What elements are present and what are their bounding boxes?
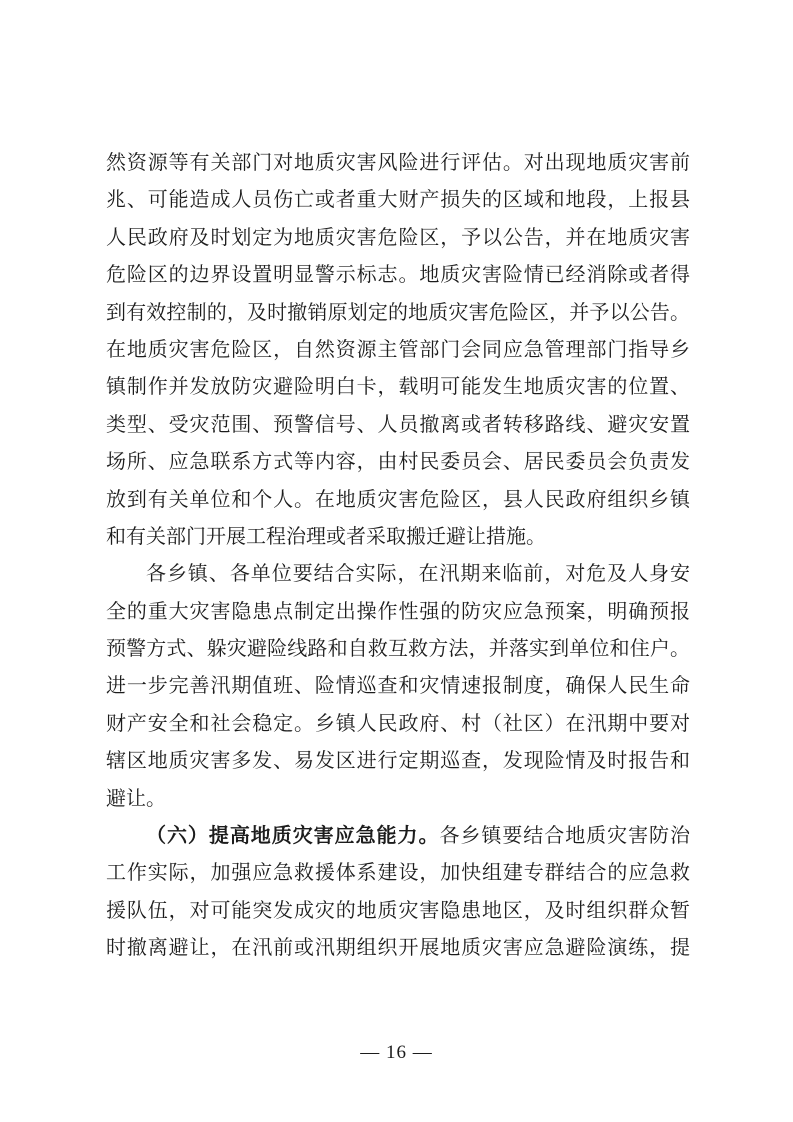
text-line: 类型、受灾范围、预警信号、人员撤离或者转移路线、避灾安置 xyxy=(106,407,690,444)
text-line: 工作实际，加强应急救援体系建设，加快组建专群结合的应急救 xyxy=(106,855,690,892)
text-run: 各乡镇要结合地质灾害防治 xyxy=(439,825,690,847)
page-number: — 16 — xyxy=(0,1038,793,1068)
text-line: 和有关部门开展工程治理或者采取搬迁避让措施。 xyxy=(106,519,690,556)
text-line: 人民政府及时划定为地质灾害危险区，予以公告，并在地质灾害 xyxy=(106,220,690,257)
paragraph: 然资源等有关部门对地质灾害风险进行评估。对出现地质灾害前 兆、可能造成人员伤亡或… xyxy=(106,145,690,556)
document-page: 然资源等有关部门对地质灾害风险进行评估。对出现地质灾害前 兆、可能造成人员伤亡或… xyxy=(0,0,793,1122)
text-line: 镇制作并发放防灾避险明白卡，载明可能发生地质灾害的位置、 xyxy=(106,369,690,406)
text-line: 时撤离避让，在汛前或汛期组织开展地质灾害应急避险演练，提 xyxy=(106,930,690,967)
section-heading: （六）提高地质灾害应急能力。 xyxy=(146,825,439,847)
text-line: 场所、应急联系方式等内容，由村民委员会、居民委员会负责发 xyxy=(106,444,690,481)
text-line: 危险区的边界设置明显警示标志。地质灾害险情已经消除或者得 xyxy=(106,257,690,294)
text-line: 预警方式、躲灾避险线路和自救互救方法，并落实到单位和住户。 xyxy=(106,631,690,668)
text-line: 到有效控制的，及时撤销原划定的地质灾害危险区，并予以公告。 xyxy=(106,295,690,332)
text-line: 援队伍，对可能突发成灾的地质灾害隐患地区，及时组织群众暂 xyxy=(106,893,690,930)
text-line: 辖区地质灾害多发、易发区进行定期巡查，发现险情及时报告和 xyxy=(106,743,690,780)
paragraph: （六）提高地质灾害应急能力。各乡镇要结合地质灾害防治 工作实际，加强应急救援体系… xyxy=(106,818,690,968)
text-line: 然资源等有关部门对地质灾害风险进行评估。对出现地质灾害前 xyxy=(106,145,690,182)
text-line: 避让。 xyxy=(106,781,690,818)
text-line: 放到有关单位和个人。在地质灾害危险区，县人民政府组织乡镇 xyxy=(106,482,690,519)
text-line: 财产安全和社会稳定。乡镇人民政府、村（社区）在汛期中要对 xyxy=(106,706,690,743)
text-line: 进一步完善汛期值班、险情巡查和灾情速报制度，确保人民生命 xyxy=(106,668,690,705)
text-line: 兆、可能造成人员伤亡或者重大财产损失的区域和地段，上报县 xyxy=(106,182,690,219)
text-content: 然资源等有关部门对地质灾害风险进行评估。对出现地质灾害前 兆、可能造成人员伤亡或… xyxy=(106,145,690,968)
text-line: 在地质灾害危险区，自然资源主管部门会同应急管理部门指导乡 xyxy=(106,332,690,369)
text-line: （六）提高地质灾害应急能力。各乡镇要结合地质灾害防治 xyxy=(106,818,690,855)
text-line: 各乡镇、各单位要结合实际，在汛期来临前，对危及人身安 xyxy=(106,556,690,593)
text-line: 全的重大灾害隐患点制定出操作性强的防灾应急预案，明确预报 xyxy=(106,594,690,631)
paragraph: 各乡镇、各单位要结合实际，在汛期来临前，对危及人身安 全的重大灾害隐患点制定出操… xyxy=(106,556,690,818)
